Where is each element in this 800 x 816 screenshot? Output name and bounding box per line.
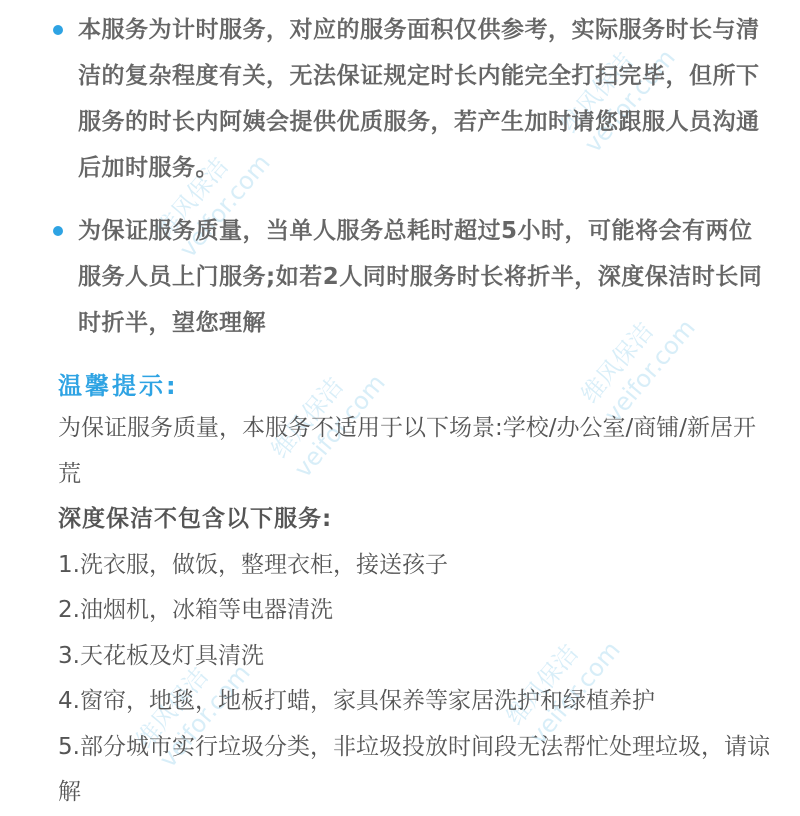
exclusion-item: 3.天花板及灯具清洗	[58, 634, 778, 680]
notice-1: 本服务为计时服务，对应的服务面积仅供参考，实际服务时长与清洁的复杂程度有关，无法…	[48, 7, 768, 191]
exclusion-item: 4.窗帘，地毯，地板打蜡，家具保养等家居洗护和绿植养护	[58, 679, 778, 725]
tips-title: 温馨提示:	[58, 364, 179, 408]
notice-text: 本服务为计时服务，对应的服务面积仅供参考，实际服务时长与清洁的复杂程度有关，无法…	[78, 7, 768, 191]
scope-note: 为保证服务质量，本服务不适用于以下场景:学校/办公室/商铺/新居开荒	[58, 406, 778, 497]
exclusion-item: 5.部分城市实行垃圾分类，非垃圾投放时间段无法帮忙处理垃圾，请谅解	[58, 725, 778, 816]
exclusions-title: 深度保洁不包含以下服务:	[58, 497, 778, 543]
notice-text: 为保证服务质量，当单人服务总耗时超过5小时，可能将会有两位服务人员上门服务;如若…	[78, 208, 768, 346]
exclusion-item: 2.油烟机，冰箱等电器清洗	[58, 588, 778, 634]
notice-2: 为保证服务质量，当单人服务总耗时超过5小时，可能将会有两位服务人员上门服务;如若…	[48, 208, 768, 346]
tips-content: 为保证服务质量，本服务不适用于以下场景:学校/办公室/商铺/新居开荒 深度保洁不…	[58, 406, 778, 816]
bullet-dot-icon	[53, 226, 63, 236]
exclusion-item: 1.洗衣服，做饭，整理衣柜，接送孩子	[58, 543, 778, 589]
bullet-dot-icon	[53, 25, 63, 35]
